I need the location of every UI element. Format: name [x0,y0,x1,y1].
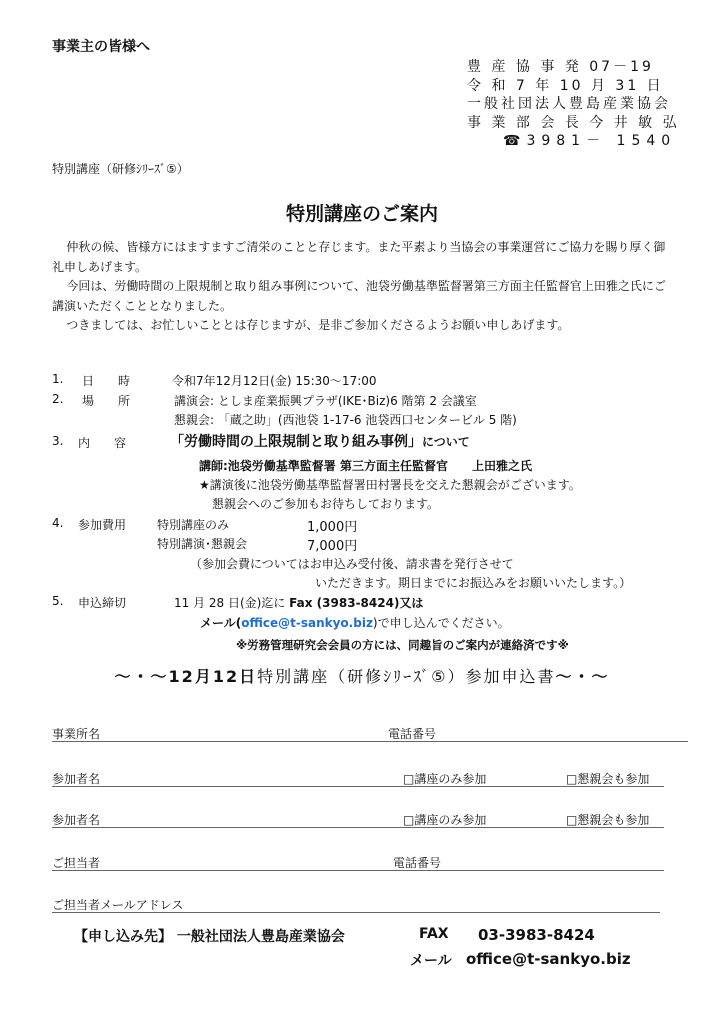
fee-note: （参加会費についてはお申込み受付後、請求書を発行させて [190,555,514,572]
mail-label: メール [410,950,452,970]
telephone: ☎3981－ 1540 [467,132,680,151]
greeting-paragraph: つきましては、お忙しいこととは存じますが、是非ご参加くださるようお願い申しあげま… [52,316,672,336]
item-label-content: 内 容 [78,434,132,451]
form-title-main: 特別講座（研修ｼﾘｰｽﾞ⑤）参加申込書 [257,667,555,686]
fee-name: 特別講演･懇親会 [157,535,247,552]
deadline-fax: Fax (3983-8424)又は [289,596,423,610]
form-field-line[interactable] [52,741,688,742]
fax-number: 03-3983-8424 [478,926,595,944]
greeting-paragraph: 仲秋の候、皆様方にはますますご清栄のことと存じます。また平素より当協会の事業運営… [52,238,672,277]
fax-label: FAX [419,926,449,942]
form-label-contact-email: ご担当者メールアドレス [52,896,183,913]
email-link[interactable]: office@t-sankyo.biz [241,616,373,630]
issue-date: 令 和 7 年 10 月 31 日 [467,77,680,96]
page-title: 特別講座のご案内 [0,199,724,226]
lecture-title: 「労働時間の上限規制と取り組み事例」 [170,434,422,450]
item-label-deadline: 申込締切 [78,594,126,611]
form-label-phone: 電話番号 [393,854,441,871]
venue-lecture: 講演会: としま産業振興プラザ(IKE･Biz)6 階第 2 会議室 [174,392,477,409]
reception-note: ★講演後に池袋労働基準監督署田村署長を交えた懇親会がございます。 [199,476,581,493]
checkbox-lecture-only[interactable]: □講座のみ参加 [403,811,486,828]
form-label-contact-person: ご担当者 [52,854,100,871]
checkbox-reception-too[interactable]: □懇親会も参加 [566,811,649,828]
mail-prefix: メール( [200,616,241,630]
deadline-date: 11 月 28 日(金)迄に [174,596,289,610]
mail-suffix: )で申し込んでください。 [373,616,510,630]
item-number: 1. [52,372,63,386]
item-number: 3. [52,434,63,448]
event-datetime: 令和7年12月12日(金) 15:30～17:00 [172,372,377,389]
member-note: ※労務管理研究会会員の方には、同趣旨のご案内が連絡済です※ [236,637,569,653]
item-label-datetime: 日 時 [82,372,136,389]
form-title: ～・～12月12日特別講座（研修ｼﾘｰｽﾞ⑤）参加申込書～・～ [0,664,724,687]
form-label-phone: 電話番号 [388,725,436,742]
greeting-body: 仲秋の候、皆様方にはますますご清栄のことと存じます。また平素より当協会の事業運営… [52,238,672,336]
addressee: 事業主の皆様へ [52,36,150,56]
form-field-line[interactable] [52,870,664,871]
fee-amount: 7,000円 [307,535,357,554]
lecturer: 講師:池袋労働基準監督署 第三方面主任監督官 上田雅之氏 [199,457,532,474]
form-title-prefix: ～・～ [115,667,169,686]
venue-reception: 懇親会: 「蔵之助」(西池袋 1-17-6 池袋西口センタービル 5 階) [174,411,517,428]
fee-note: いただきます。期日までにお振込みをお願いいたします。） [315,574,631,591]
form-title-date: 12月12日 [169,667,258,686]
telephone-number: 3981－ 1540 [526,133,676,149]
lecture-suffix: について [422,435,470,449]
checkbox-reception-too[interactable]: □懇親会も参加 [566,770,649,787]
item-number: 4. [52,516,63,530]
item-number: 5. [52,594,63,608]
checkbox-lecture-only[interactable]: □講座のみ参加 [403,770,486,787]
series-label: 特別講座（研修ｼﾘｰｽﾞ⑤） [52,160,189,177]
item-label-venue: 場 所 [82,392,136,409]
fee-name: 特別講座のみ [157,516,229,533]
deadline-mail-line: メール(office@t-sankyo.biz)で申し込んでください。 [200,614,510,631]
form-label-participant: 参加者名 [52,770,100,787]
item-number: 2. [52,392,63,406]
deadline-line: 11 月 28 日(金)迄に Fax (3983-8424)又は [174,594,423,611]
organization-name: 一般社団法人豊島産業協会 [467,95,680,114]
sender-name: 事 業 部 会 長 今 井 敏 弘 [467,114,680,133]
fee-amount: 1,000円 [307,516,357,535]
reception-invitation: 懇親会へのご参加もお待ちしております。 [212,495,439,512]
issuer-block: 豊 産 協 事 発 07－19 令 和 7 年 10 月 31 日 一般社団法人… [467,58,680,151]
document-number: 豊 産 協 事 発 07－19 [467,58,680,77]
greeting-paragraph: 今回は、労働時間の上限規制と取り組み事例について、池袋労働基準監督署第三方面主任… [52,277,672,316]
form-title-suffix: ～・～ [555,667,609,686]
form-label-business-name: 事業所名 [52,725,100,742]
form-label-participant: 参加者名 [52,811,100,828]
lecture-topic: 「労働時間の上限規制と取り組み事例」について [170,431,470,451]
mail-address[interactable]: office@t-sankyo.biz [466,950,631,968]
apply-to: 【申し込み先】 一般社団法人豊島産業協会 [74,926,345,946]
phone-icon: ☎ [503,133,526,149]
item-label-fee: 参加費用 [78,516,126,533]
